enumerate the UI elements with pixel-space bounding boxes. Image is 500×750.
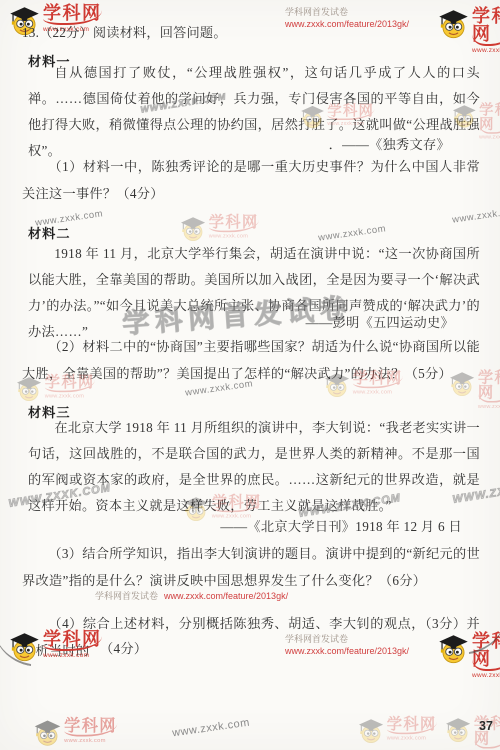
zxxk-watermark-logo: 学科网www.zxxk.com [182,494,261,522]
zxxk-watermark-logo: 学科网www.zxxk.com [451,103,500,141]
scholar-cap-icon [357,716,385,744]
promo-banner-mid: 学科网首发试卷 www.zxxk.com/feature/2013gk/ [95,590,288,602]
subquestion-3: （3）结合所学知识，指出李大钊演讲的题目。演讲中提到的“新纪元的世界改造”指的是… [22,540,480,594]
watermark-url: www.zxxk.com [172,717,251,740]
zxxk-watermark-logo: 学科网www.zxxk.com [15,374,94,402]
question-stem: 13.（22分）阅读材料，回答问题。 [22,20,480,46]
zxxk-watermark-logo: 学科网www.zxxk.com [33,718,117,748]
scholar-cap-icon [437,632,470,665]
promo-banner-bottom: 学科网首发试卷 www.zxxk.com/feature/2013gk/ [285,633,409,657]
scan-artifact-curve [0,624,37,666]
exam-paper-page: 学科网 www.zxxk.com 学科网首发试卷 www.zxxk.com/fe… [0,0,500,750]
promo-title: 学科网首发试卷 [285,6,409,18]
scholar-cap-icon [33,718,63,748]
zxxk-watermark-logo: 学科网www.zxxk.com [357,716,436,744]
scholar-cap-icon [448,370,476,398]
zxxk-watermark-logo: 学科网www.zxxk.com [299,103,374,129]
scholar-cap-icon [323,370,351,398]
scholar-cap-icon [182,494,210,522]
scholar-cap-icon [444,716,472,744]
page-number: 37 [479,719,493,733]
scholar-cap-icon [299,103,325,129]
subquestion-4-score: （4分） [100,636,180,662]
subquestion-1: （1）材料一中，陈独秀评论的是哪一重大历史事件？为什么中国人非常关注这一事件？（… [22,153,480,207]
scholar-cap-icon [15,374,43,402]
zxxk-watermark-logo: 学科网www.zxxk.com [323,370,402,398]
scholar-cap-icon [451,103,477,129]
